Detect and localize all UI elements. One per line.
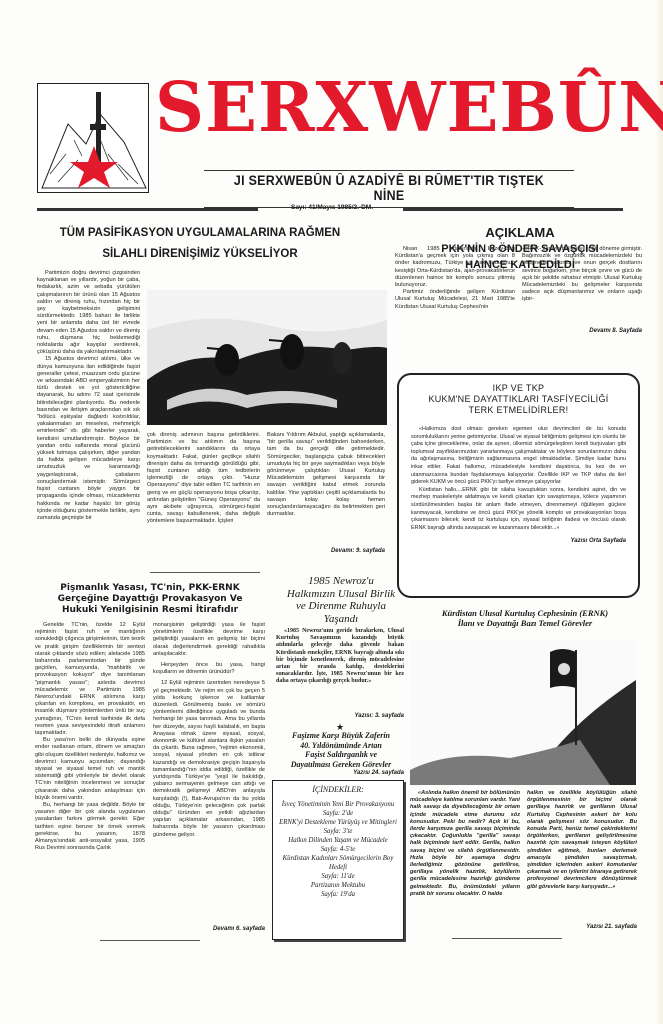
- lead-headline-1: TÜM PASİFİKASYON UYGULAMALARINA RAĞMEN: [60, 227, 340, 239]
- toc-item[interactable]: ERNK'yi Destekleme Yürüyüş ve Mitingleri…: [277, 818, 399, 836]
- toc-item[interactable]: Halkın Dilinden Yaşam ve MücadeleSayfa: …: [277, 836, 399, 854]
- divider: [150, 572, 260, 573]
- ernk-col-2: halkın ve özellikle köylülüğün silahlı ö…: [527, 790, 637, 891]
- divider: [100, 940, 200, 941]
- divider: [452, 938, 562, 939]
- toc-item[interactable]: Partizanın MektubuSayfa: 19'da: [277, 881, 399, 899]
- aciklama-col-2: -ERNK- ilanıyla birlikte yeni bir döneme…: [522, 246, 642, 304]
- lead-headline-2: SİLAHLI DİRENİŞİMİZ YÜKSELİYOR: [40, 247, 360, 262]
- lead-headline: TÜM PASİFİKASYON UYGULAMALARINA RAĞMEN S…: [40, 226, 360, 262]
- box-body: «Halkımıza dost olması gereken egemen ul…: [411, 426, 626, 532]
- logo: [37, 83, 149, 193]
- masthead-title: SERXWEBÛN: [155, 74, 615, 142]
- ernk-col-1: «Aslında halkın önemli bir bölümünün müc…: [410, 790, 520, 898]
- aciklama-col-1: Nisan 1985 ortalarında, Kuzey-Batı Kürdi…: [395, 246, 515, 311]
- pismanlik-col-1: Genelde TC'nin, özelde 12 Eylül rejimini…: [35, 622, 145, 853]
- continued-link[interactable]: Devamı 8. Sayfada: [522, 328, 642, 334]
- continued-link[interactable]: Yazısı 21. sayfada: [527, 924, 637, 930]
- fasizm-headline: Faşizme Karşı Büyük Zaferin 40. Yıldönüm…: [276, 731, 406, 769]
- pismanlik-col-2: monarşisinin geliştirdiği yasa ile faşis…: [153, 622, 265, 839]
- guerrillas-photo: [147, 290, 387, 425]
- continued-link[interactable]: Yazısı: 3. sayfada: [276, 713, 404, 719]
- table-of-contents: İÇİNDEKİLER: İsveç Yönetiminin Yeni Bir …: [272, 780, 404, 940]
- continued-link[interactable]: Devamı 6. sayfada: [153, 926, 265, 932]
- continued-link[interactable]: Yazısı 24. sayfada: [276, 770, 404, 776]
- ikp-tkp-box: IKP VE TKP KUKM'NE DAYATTIKLARI TASFİYEC…: [397, 373, 640, 598]
- page-edge: [657, 0, 663, 1024]
- continued-link[interactable]: Devamı: 9. sayfada: [267, 548, 385, 554]
- ernk-headline: Kürdistan Ulusal Kurtuluş Cephesinin (ER…: [400, 608, 650, 628]
- continued-link[interactable]: Yazısı Orta Sayfada: [411, 538, 626, 544]
- lead-col-1: Partimizin doğru devrimci çizgisinden ka…: [37, 270, 140, 522]
- pismanlik-headline: Pişmanlık Yasası, TC'nin, PKK-ERNK Gerçe…: [35, 583, 265, 616]
- toc-item[interactable]: Kürdistan Kadınları Sömürgecilerin Boy H…: [277, 854, 399, 881]
- newroz-body: «1985 Newroz'unu geride bırakırken, Ulus…: [276, 628, 404, 686]
- flag-photo: [410, 640, 636, 785]
- toc-item[interactable]: İsveç Yönetiminin Yeni Bir ProvakasyonuS…: [277, 800, 399, 818]
- lead-col-3: Bakanı Yıldırım Akbulut, yaptığı açıklam…: [267, 432, 385, 518]
- issue-info: Sayı: 41/Mayıs 1985/2.-DM.: [262, 204, 402, 211]
- newroz-headline: 1985 Newroz'u Halkımızın Ulusal Birlik v…: [276, 575, 406, 625]
- lead-col-2: çok direniş adımının başına getirdikleri…: [147, 432, 260, 526]
- divider: [37, 208, 258, 211]
- box-title: IKP VE TKP KUKM'NE DAYATTIKLARI TASFİYEC…: [411, 383, 626, 416]
